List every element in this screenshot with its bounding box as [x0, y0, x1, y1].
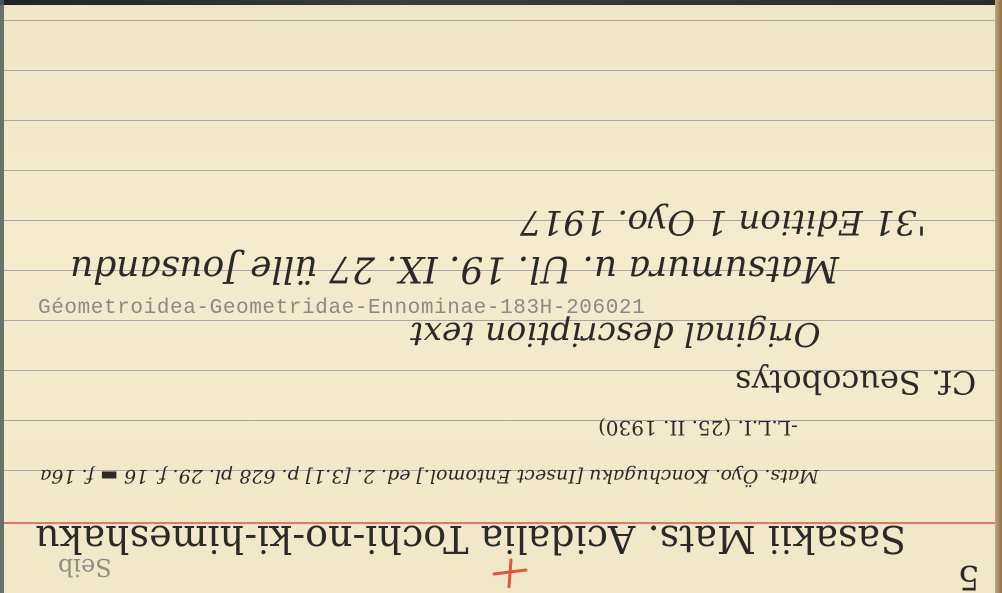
- ruled-line: [4, 70, 995, 71]
- card-left-edge: [0, 0, 4, 593]
- card-right-edge: [995, 0, 1002, 593]
- card-top-edge: [0, 0, 1002, 5]
- index-card: Géometroidea-Geometridae-Ennominae-183H-…: [0, 0, 1002, 593]
- red-cross-mark: [492, 558, 528, 588]
- pencil-note: Seib: [58, 555, 112, 579]
- ruled-line: [4, 20, 995, 21]
- handwritten-collector-line: -L.L.I. (25. II. 1930): [598, 418, 798, 438]
- handwritten-header-line: Sasakii Mats. Acidalia Tochi-no-ki-himes…: [35, 520, 906, 558]
- ruled-line: [4, 170, 995, 171]
- handwritten-type-note: Original description text: [410, 318, 821, 351]
- handwritten-specimen-line: Matsumura u. Ul. 19. IX. 27 ülle Jousand…: [70, 250, 839, 286]
- handwritten-reference-line: Mats. Öyo. Konchugaku [Insect Entomol.] …: [40, 466, 819, 485]
- corner-number: 5: [958, 560, 980, 593]
- ruled-line: [4, 120, 995, 121]
- handwritten-year-line: '31 Edition 1 Oyo. 1917: [520, 205, 926, 239]
- handwritten-locality-line: Cf. Seucobotys: [735, 366, 976, 398]
- ruled-line: [4, 420, 995, 421]
